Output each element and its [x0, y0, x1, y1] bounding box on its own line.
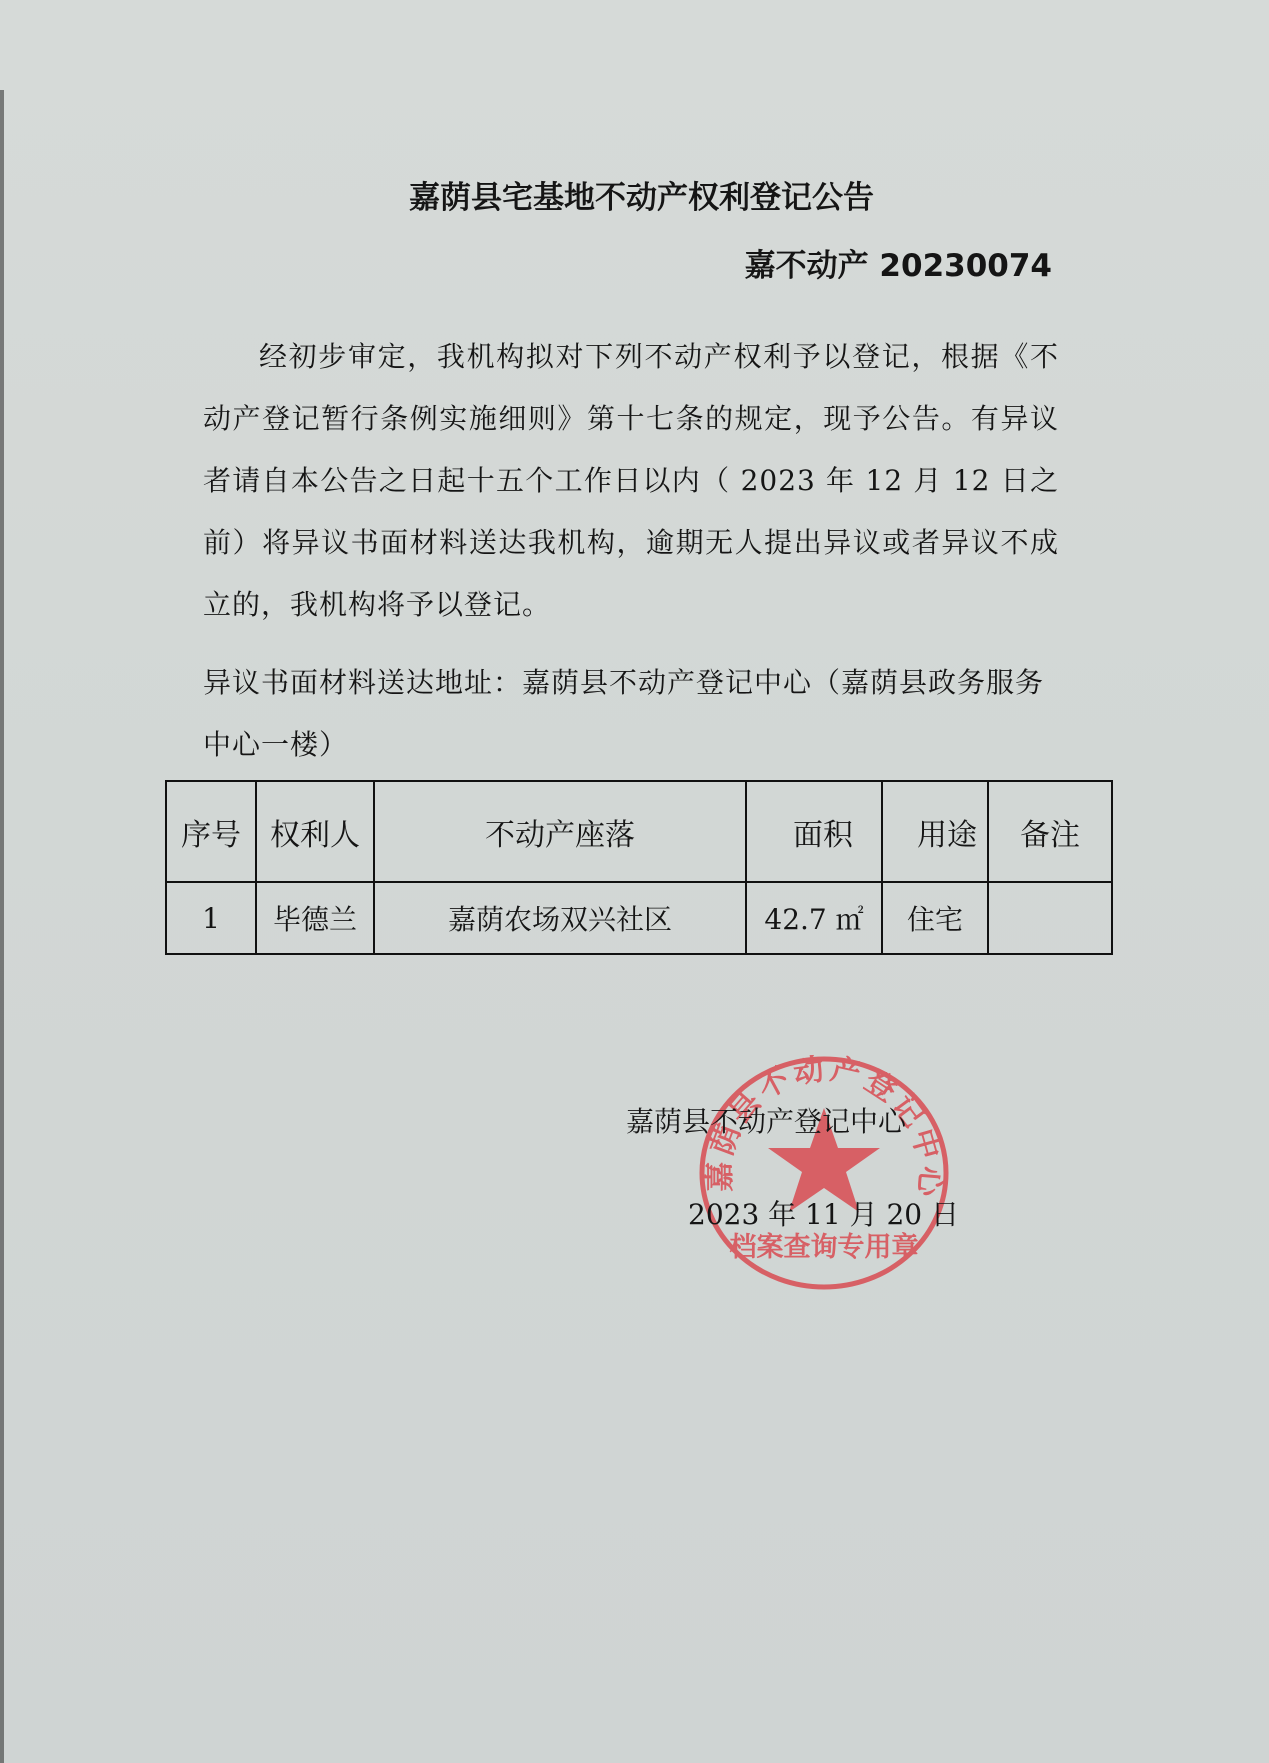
- cell-note: [988, 882, 1112, 954]
- signature-date: 2023 年 11 月 20 日: [688, 1193, 959, 1233]
- column-header-seq: 序号: [166, 781, 256, 882]
- cell-location: 嘉荫农场双兴社区: [374, 882, 746, 954]
- column-header-area: 面积: [746, 781, 882, 882]
- table-header-row: 序号 权利人 不动产座落 面积 用途 备注: [166, 781, 1112, 882]
- column-header-owner: 权利人: [256, 781, 374, 882]
- document-number: 嘉不动产 20230074: [745, 240, 1052, 285]
- cell-area: 42.7 ㎡: [746, 882, 882, 954]
- cell-use: 住宅: [882, 882, 988, 954]
- cell-owner: 毕德兰: [256, 882, 374, 954]
- objection-address-paragraph: 异议书面材料送达地址：嘉荫县不动产登记中心（嘉荫县政务服务中心一楼）: [203, 652, 1059, 776]
- column-header-note: 备注: [988, 781, 1112, 882]
- document-title: 嘉荫县宅基地不动产权利登记公告: [0, 172, 1269, 217]
- column-header-use: 用途: [882, 781, 988, 882]
- registration-table: 序号 权利人 不动产座落 面积 用途 备注 1 毕德兰 嘉荫农场双兴社区 42.…: [165, 780, 1113, 955]
- document-page: 嘉荫县宅基地不动产权利登记公告 嘉不动产 20230074 经初步审定，我机构拟…: [0, 0, 1269, 1763]
- table-row: 1 毕德兰 嘉荫农场双兴社区 42.7 ㎡ 住宅: [166, 882, 1112, 954]
- cell-seq: 1: [166, 882, 256, 954]
- notice-paragraph: 经初步审定，我机构拟对下列不动产权利予以登记，根据《不动产登记暂行条例实施细则》…: [203, 326, 1059, 636]
- signature-organization: 嘉荫县不动产登记中心: [626, 1100, 906, 1140]
- seal-bottom-text: 档案查询专用章: [730, 1231, 919, 1263]
- page-edge-shadow: [0, 90, 4, 1763]
- official-seal: 嘉荫县不动产登记中心 档案查询专用章: [694, 1052, 954, 1294]
- column-header-location: 不动产座落: [374, 781, 746, 882]
